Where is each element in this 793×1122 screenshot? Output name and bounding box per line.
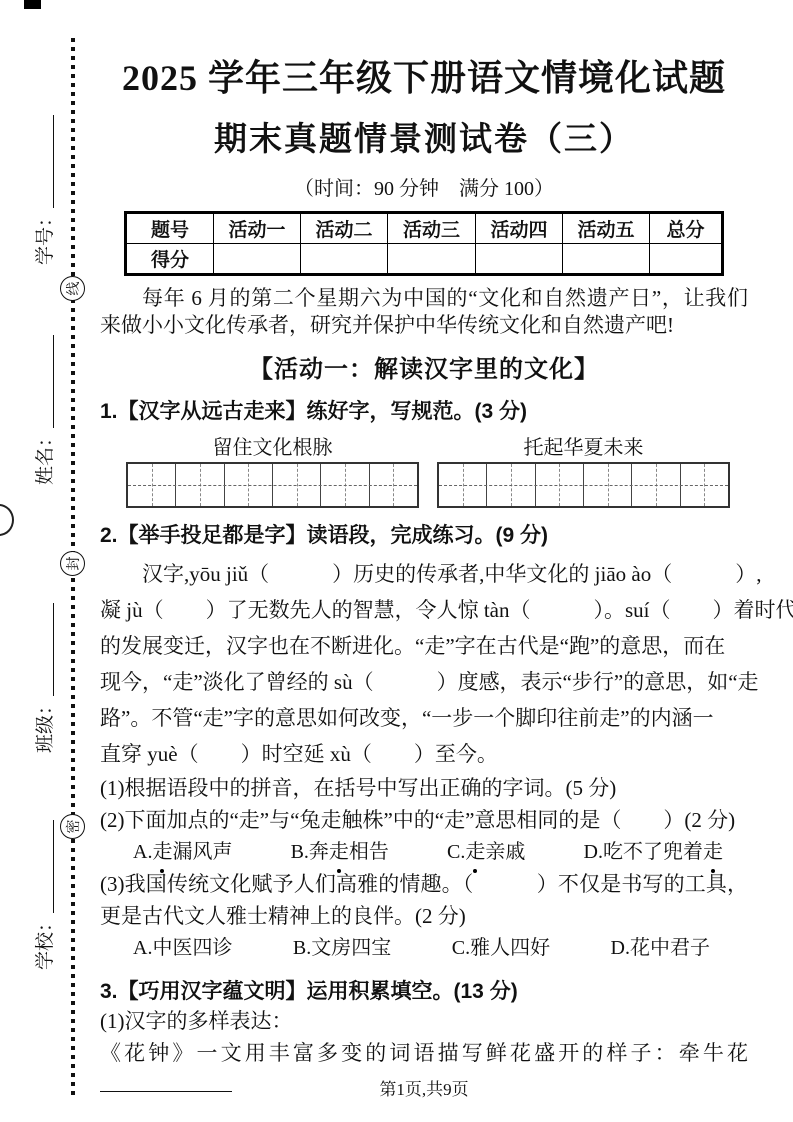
- sidebar-field-student-id: 学号：: [33, 115, 57, 265]
- score-header-cell: 活动二: [301, 213, 388, 244]
- score-entry-cell: [301, 244, 388, 275]
- score-header-cell: 活动五: [563, 213, 650, 244]
- score-table: 题号 活动一 活动二 活动三 活动四 活动五 总分 得分: [124, 211, 724, 276]
- question2-sub3-options: A.中医四诊 B.文房四宝 C.雅人四好 D.花中君子: [133, 932, 710, 964]
- score-table-score-row: 得分: [126, 244, 723, 275]
- writing-cell: [680, 464, 728, 506]
- sidebar-field-school: 学校：: [33, 820, 57, 970]
- activity1-heading: 【活动一：解读汉字里的文化】: [100, 349, 748, 384]
- score-row-label-cell: 得分: [126, 244, 214, 275]
- option-text: 漏风声: [172, 841, 232, 863]
- question2-sub2-options: A.走漏风声 B.奔走相告 C.走亲戚 D.吃不了兜着走: [133, 836, 723, 868]
- writing-grid-right: [437, 462, 730, 508]
- question3-sub1: (1)汉字的多样表达：: [100, 1005, 748, 1037]
- page-footer: 第1页,共9页: [100, 1075, 748, 1100]
- page-title-line1: 2025 学年三年级下册语文情境化试题: [100, 50, 748, 101]
- score-entry-cell: [214, 244, 301, 275]
- option-text: 亲戚: [485, 841, 525, 863]
- passage-line: 现今，“走”淡化了曾经的 sù（ ）度感，表示“步行”的意思，如“走: [100, 664, 748, 700]
- option-a: A.走漏风声: [133, 836, 232, 868]
- student-id-blank-line: [50, 115, 54, 208]
- passage-line: 的发展变迁，汉字也在不断进化。“走”字在古代是“跑”的意思，而在: [100, 628, 748, 664]
- writing-grid-left: [126, 462, 419, 508]
- edge-stamp-circle: [0, 504, 14, 536]
- seal-char-mi: 密: [60, 814, 85, 839]
- writing-cell: [128, 464, 175, 506]
- sidebar-field-name: 姓名：: [33, 335, 57, 485]
- score-header-cell: 活动四: [476, 213, 563, 244]
- emphasized-char: 走: [703, 836, 723, 868]
- option-text: 吃不了兜着: [603, 841, 703, 863]
- passage-line: 汉字,yōu jiǔ（ ）历史的传承者,中华文化的 jiāo ào（ ）,: [100, 556, 748, 592]
- option-label: D.: [584, 841, 603, 863]
- score-entry-cell: [388, 244, 476, 275]
- question2-sub1: (1)根据语段中的拼音，在括号中写出正确的字词。(5 分): [100, 772, 748, 804]
- option-text: 奔: [309, 841, 329, 863]
- score-header-cell: 活动一: [214, 213, 301, 244]
- name-label: 姓名：: [30, 428, 57, 485]
- option-b: B.奔走相告: [291, 836, 389, 868]
- writing-cell: [175, 464, 223, 506]
- writing-grids-row: [126, 462, 730, 508]
- option-c: C.走亲戚: [447, 836, 525, 868]
- option-label: A.: [133, 841, 152, 863]
- exam-paper-page: 线 封 密 学号： 姓名： 班级： 学校： 2025 学年三年级下册语文情境化试…: [0, 0, 793, 1122]
- emphasized-char: 走: [465, 836, 485, 868]
- passage-line: 直穿 yuè（ ）时空延 xù（ ）至今。: [100, 736, 748, 772]
- writing-grid-left-label: 留住文化根脉: [126, 431, 419, 460]
- class-blank-line: [50, 603, 54, 696]
- class-label: 班级：: [30, 696, 57, 753]
- scan-artifact-mark: [24, 0, 41, 9]
- option-a: A.中医四诊: [133, 932, 232, 964]
- exam-meta: （时间：90 分钟 满分 100）: [100, 172, 748, 201]
- option-d: D.花中君子: [611, 932, 710, 964]
- passage-line: 路”。不管“走”字的意思如何改变，“一步一个脚印往前走”的内涵一: [100, 700, 748, 736]
- score-header-cell: 活动三: [388, 213, 476, 244]
- writing-cell: [583, 464, 631, 506]
- writing-cell: [535, 464, 583, 506]
- question2-sub2: (2)下面加点的“走”与“兔走触株”中的“走”意思相同的是（ ）(2 分): [100, 804, 748, 836]
- writing-cell: [320, 464, 368, 506]
- writing-cell: [272, 464, 320, 506]
- score-header-cell: 题号: [126, 213, 214, 244]
- page-title-line2: 期末真题情景测试卷（三）: [100, 113, 748, 160]
- sidebar-field-class: 班级：: [33, 603, 57, 753]
- writing-cell: [631, 464, 679, 506]
- school-label: 学校：: [30, 913, 57, 970]
- school-blank-line: [50, 820, 54, 913]
- score-entry-cell: [476, 244, 563, 275]
- option-text: 相告: [349, 841, 389, 863]
- writing-grid-labels: 留住文化根脉 托起华夏未来: [126, 431, 730, 460]
- writing-cell: [486, 464, 534, 506]
- question3-title: 3.【巧用汉字蕴文明】运用积累填空。(13 分): [100, 975, 748, 1005]
- passage-line: 凝 jù（ ）了无数先人的智慧，令人惊 tàn（ ）。suí（ ）着时代: [100, 592, 748, 628]
- score-table-header-row: 题号 活动一 活动二 活动三 活动四 活动五 总分: [126, 213, 723, 244]
- question2-title: 2.【举手投足都是字】读语段，完成练习。(9 分): [100, 519, 748, 549]
- writing-grid-right-label: 托起华夏未来: [437, 431, 730, 460]
- emphasized-char: 走: [329, 836, 349, 868]
- seal-char-feng: 封: [60, 551, 85, 576]
- score-entry-cell: [563, 244, 650, 275]
- option-c: C.雅人四好: [452, 932, 550, 964]
- fill-in-sentence: 《花钟》一文用丰富多变的词语描写鲜花盛开的样子：牵牛花: [100, 1041, 748, 1065]
- option-label: C.: [447, 841, 465, 863]
- option-label: B.: [291, 841, 309, 863]
- question1-title: 1.【汉字从远古走来】练好字，写规范。(3 分): [100, 395, 748, 425]
- seal-char-xian: 线: [60, 276, 85, 301]
- question2-passage: 汉字,yōu jiǔ（ ）历史的传承者,中华文化的 jiāo ào（ ）, 凝 …: [100, 556, 748, 772]
- student-id-label: 学号：: [30, 208, 57, 265]
- main-content: 2025 学年三年级下册语文情境化试题 期末真题情景测试卷（三） （时间：90 …: [100, 50, 748, 1101]
- emphasized-char: 走: [152, 836, 172, 868]
- intro-paragraph: 每年 6 月的第二个星期六为中国的“文化和自然遗产日”，让我们来做小小文化传承者…: [100, 285, 748, 339]
- question2-sub3: (3)我国传统文化赋予人们高雅的情趣。（ ）不仅是书写的工具，更是古代文人雅士精…: [100, 868, 748, 932]
- writing-cell: [439, 464, 486, 506]
- name-blank-line: [50, 335, 54, 428]
- writing-cell: [224, 464, 272, 506]
- score-entry-cell: [650, 244, 723, 275]
- writing-cell: [369, 464, 417, 506]
- score-header-cell: 总分: [650, 213, 723, 244]
- option-d: D.吃不了兜着走: [584, 836, 723, 868]
- option-b: B.文房四宝: [293, 932, 391, 964]
